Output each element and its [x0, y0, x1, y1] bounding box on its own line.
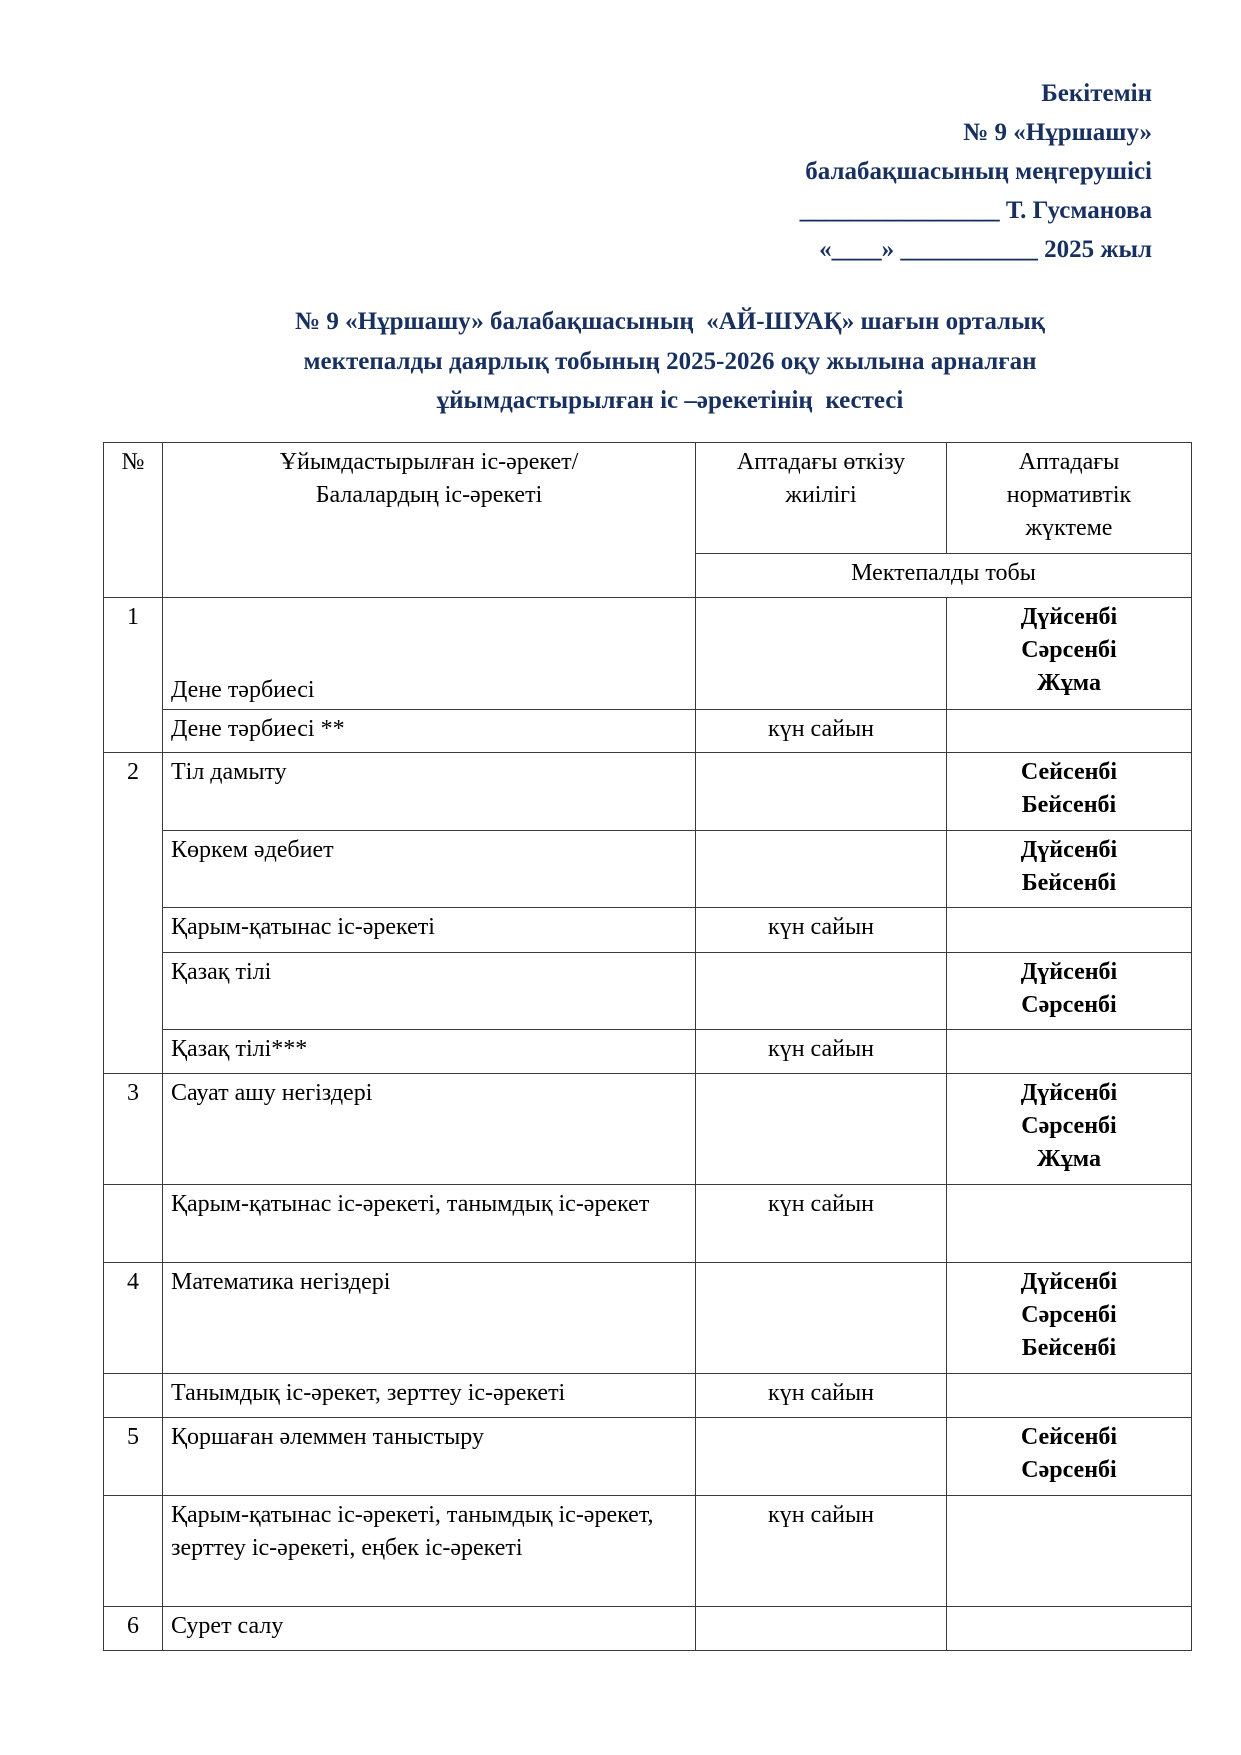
row-number: 6 [104, 1607, 163, 1651]
load-days-cell [947, 1496, 1192, 1607]
header-frequency-line1: Аптадағы өткізу [704, 446, 938, 479]
header-load-line3: жүктеме [955, 512, 1183, 545]
activity-cell: Қарым-қатынас іс-әрекеті, танымдық іс-әр… [163, 1185, 696, 1263]
row-number [104, 1496, 163, 1607]
row-number: 2 [104, 753, 163, 1074]
frequency-cell [696, 1263, 947, 1374]
frequency-cell [696, 1418, 947, 1496]
row-number: 1 [104, 598, 163, 753]
activity-cell: Сауат ашу негіздері [163, 1074, 696, 1185]
activity-cell: Көркем әдебиет [163, 831, 696, 908]
load-days-cell: ДүйсенбіСәрсенбіЖұма [947, 598, 1192, 710]
activity-cell: Математика негіздері [163, 1263, 696, 1374]
weekday-label: Бейсенбі [955, 867, 1183, 900]
row-number [104, 1374, 163, 1418]
table-row: Дене тәрбиесі **күн сайын [104, 710, 1192, 753]
load-days-cell: ДүйсенбіБейсенбі [947, 831, 1192, 908]
header-frequency-line2: жиілігі [704, 479, 938, 512]
row-number: 4 [104, 1263, 163, 1374]
frequency-cell [696, 598, 947, 710]
table-row: Қазақ тіліДүйсенбіСәрсенбі [104, 953, 1192, 1030]
frequency-cell: күн сайын [696, 1374, 947, 1418]
weekday-label: Бейсенбі [955, 789, 1183, 822]
approval-title: Бекітемін [800, 74, 1152, 113]
frequency-cell [696, 953, 947, 1030]
frequency-cell: күн сайын [696, 908, 947, 953]
frequency-cell [696, 831, 947, 908]
approval-position: балабақшасының меңгерушісі [800, 152, 1152, 191]
load-days-cell: ДүйсенбіСәрсенбі [947, 953, 1192, 1030]
activity-cell: Қарым-қатынас іс-әрекеті, танымдық іс-әр… [163, 1496, 696, 1607]
load-days-cell: СейсенбіБейсенбі [947, 753, 1192, 831]
table-row: Қарым-қатынас іс-әрекеті, танымдық іс-әр… [104, 1496, 1192, 1607]
header-load: Аптадағы нормативтік жүктеме [947, 443, 1192, 554]
load-days-cell: ДүйсенбіСәрсенбіБейсенбі [947, 1263, 1192, 1374]
weekday-label: Жұма [955, 1143, 1183, 1176]
table-row: 2Тіл дамытуСейсенбіБейсенбі [104, 753, 1192, 831]
activity-cell: Қазақ тілі*** [163, 1030, 696, 1074]
row-number: 5 [104, 1418, 163, 1496]
table-row: Көркем әдебиетДүйсенбіБейсенбі [104, 831, 1192, 908]
row-number: 3 [104, 1074, 163, 1185]
table-row: 6Сурет салу [104, 1607, 1192, 1651]
weekday-label: Сәрсенбі [955, 1299, 1183, 1332]
frequency-cell [696, 753, 947, 831]
load-days-cell [947, 1030, 1192, 1074]
weekday-label: Дүйсенбі [955, 601, 1183, 634]
frequency-cell: күн сайын [696, 1496, 947, 1607]
weekday-label: Дүйсенбі [955, 1266, 1183, 1299]
table-row: Қарым-қатынас іс-әрекеті, танымдық іс-әр… [104, 1185, 1192, 1263]
load-days-cell [947, 1185, 1192, 1263]
header-activity-line1: Ұйымдастырылған іс-әрекет/ [171, 446, 687, 479]
weekday-label: Дүйсенбі [955, 834, 1183, 867]
weekday-label: Жұма [955, 667, 1183, 700]
weekday-label: Бейсенбі [955, 1332, 1183, 1365]
table-row: 3Сауат ашу негіздеріДүйсенбіСәрсенбіЖұма [104, 1074, 1192, 1185]
table-row: 5Қоршаған әлеммен таныстыруСейсенбіСәрсе… [104, 1418, 1192, 1496]
weekday-label: Сейсенбі [955, 1421, 1183, 1454]
activity-cell: Қазақ тілі [163, 953, 696, 1030]
approval-block: Бекітемін № 9 «Нұршашу» балабақшасының м… [800, 74, 1152, 269]
load-days-cell [947, 1374, 1192, 1418]
weekday-label: Сәрсенбі [955, 634, 1183, 667]
activity-cell: Танымдық іс-әрекет, зерттеу іс-әрекеті [163, 1374, 696, 1418]
activity-cell: Қоршаған әлеммен таныстыру [163, 1418, 696, 1496]
activity-cell: Сурет салу [163, 1607, 696, 1651]
approval-org: № 9 «Нұршашу» [800, 113, 1152, 152]
table-row: Қазақ тілі***күн сайын [104, 1030, 1192, 1074]
row-number [104, 1185, 163, 1263]
table-row: 1Дене тәрбиесіДүйсенбіСәрсенбіЖұма [104, 598, 1192, 710]
weekday-label: Сәрсенбі [955, 989, 1183, 1022]
title-line-3: ұйымдастырылған іс –әрекетінің кестесі [150, 381, 1190, 421]
weekday-label: Сәрсенбі [955, 1454, 1183, 1487]
frequency-cell: күн сайын [696, 710, 947, 753]
load-days-cell [947, 1607, 1192, 1651]
weekday-label: Сәрсенбі [955, 1110, 1183, 1143]
header-row: № Ұйымдастырылған іс-әрекет/ Балалардың … [104, 443, 1192, 554]
header-num: № [104, 443, 163, 598]
table-row: Танымдық іс-әрекет, зерттеу іс-әрекетікү… [104, 1374, 1192, 1418]
table-row: Қарым-қатынас іс-әрекетікүн сайын [104, 908, 1192, 953]
document-title: № 9 «Нұршашу» балабақшасының «АЙ-ШУАҚ» ш… [150, 302, 1190, 421]
schedule-table: № Ұйымдастырылған іс-әрекет/ Балалардың … [103, 442, 1192, 1651]
weekday-label: Сейсенбі [955, 756, 1183, 789]
weekday-label: Дүйсенбі [955, 1077, 1183, 1110]
title-line-2: мектепалды даярлық тобының 2025-2026 оқу… [150, 342, 1190, 382]
activity-cell: Қарым-қатынас іс-әрекеті [163, 908, 696, 953]
frequency-cell: күн сайын [696, 1185, 947, 1263]
weekday-label: Дүйсенбі [955, 956, 1183, 989]
approval-signature: ________________ Т. Гусманова [800, 191, 1152, 230]
header-frequency: Аптадағы өткізу жиілігі [696, 443, 947, 554]
title-line-1: № 9 «Нұршашу» балабақшасының «АЙ-ШУАҚ» ш… [150, 302, 1190, 342]
frequency-cell: күн сайын [696, 1030, 947, 1074]
approval-date: «____» ___________ 2025 жыл [800, 230, 1152, 269]
frequency-cell [696, 1607, 947, 1651]
load-days-cell: ДүйсенбіСәрсенбіЖұма [947, 1074, 1192, 1185]
activity-cell: Тіл дамыту [163, 753, 696, 831]
frequency-cell [696, 1074, 947, 1185]
header-activity: Ұйымдастырылған іс-әрекет/ Балалардың іс… [163, 443, 696, 598]
header-load-line2: нормативтік [955, 479, 1183, 512]
activity-cell: Дене тәрбиесі ** [163, 710, 696, 753]
header-group: Мектепалды тобы [696, 554, 1192, 598]
header-load-line1: Аптадағы [955, 446, 1183, 479]
load-days-cell [947, 710, 1192, 753]
header-num-label: № [122, 449, 145, 475]
header-activity-line2: Балалардың іс-әрекеті [171, 479, 687, 512]
activity-cell: Дене тәрбиесі [163, 598, 696, 710]
load-days-cell [947, 908, 1192, 953]
load-days-cell: СейсенбіСәрсенбі [947, 1418, 1192, 1496]
table-row: 4Математика негіздеріДүйсенбіСәрсенбіБей… [104, 1263, 1192, 1374]
